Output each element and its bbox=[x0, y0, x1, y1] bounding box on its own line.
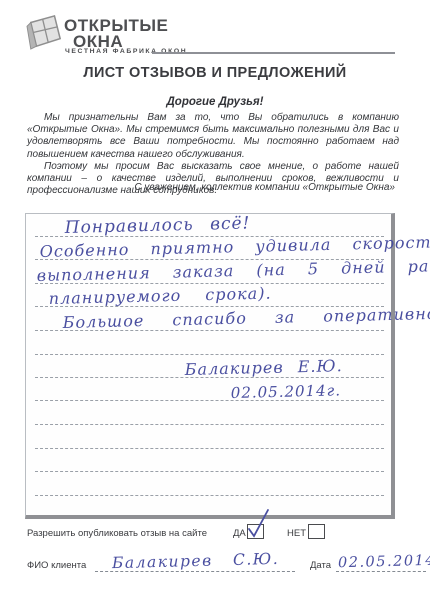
review-line: 02.05.2014г. bbox=[35, 400, 384, 401]
review-line bbox=[35, 354, 384, 355]
yes-label: ДА bbox=[233, 528, 246, 539]
handwritten-text: Понравилось всё! bbox=[65, 213, 251, 238]
no-checkbox[interactable] bbox=[308, 524, 325, 539]
handwritten-text: планируемого срока). bbox=[49, 284, 272, 308]
review-line bbox=[35, 471, 384, 472]
yes-checkbox[interactable] bbox=[247, 524, 264, 539]
client-name-label: ФИО клиента bbox=[27, 560, 86, 571]
no-label: НЕТ bbox=[287, 528, 306, 539]
date-label: Дата bbox=[310, 560, 331, 571]
open-window-logo-icon bbox=[26, 14, 64, 50]
signoff-text: С уважением, коллектив компании «Открыты… bbox=[27, 182, 395, 193]
feedback-sheet: ОТКРЫТЫЕ ОКНА ЧЕСТНАЯ ФАБРИКА ОКОН ЛИСТ … bbox=[0, 0, 430, 600]
intro-paragraph-1: Мы признательны Вам за то, что Вы обрати… bbox=[27, 112, 399, 161]
handwritten-text: Большое спасибо за оперативность bbox=[63, 303, 430, 332]
review-line: Большое спасибо за оперативность bbox=[35, 330, 384, 331]
header-rule bbox=[152, 52, 395, 54]
review-writing-area[interactable]: Понравилось всё! Особенно приятно удивил… bbox=[25, 213, 395, 519]
review-line bbox=[35, 448, 384, 449]
date-handwritten: 02.05.2014 bbox=[338, 553, 430, 572]
publish-permission-label: Разрешить опубликовать отзыв на сайте bbox=[27, 528, 207, 539]
review-line: Балакирев Е.Ю. bbox=[35, 377, 384, 378]
review-line bbox=[35, 495, 384, 496]
review-line bbox=[35, 424, 384, 425]
page-title: ЛИСТ ОТЗЫВОВ И ПРЕДЛОЖЕНИЙ bbox=[0, 65, 430, 81]
review-line: выполнения заказа (на 5 дней раньше bbox=[35, 283, 384, 284]
handwritten-signature: Балакирев Е.Ю. bbox=[185, 356, 343, 379]
date-field[interactable] bbox=[336, 571, 426, 572]
client-name-handwritten: Балакирев С.Ю. bbox=[112, 550, 280, 572]
handwritten-date: 02.05.2014г. bbox=[231, 381, 342, 402]
logo-wordmark: ОТКРЫТЫЕ ОКНА bbox=[64, 17, 168, 50]
salutation: Дорогие Друзья! bbox=[0, 96, 430, 108]
